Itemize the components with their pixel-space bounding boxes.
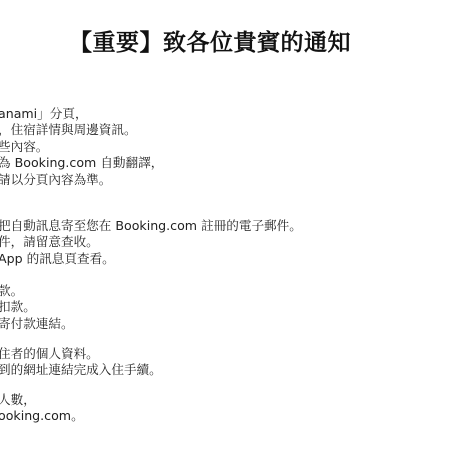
text-line: 款。 — [0, 283, 74, 299]
text-line: 為 Booking.com 自動翻譯， — [0, 155, 163, 171]
text-line: 請以分頁內容為準。 — [0, 172, 163, 188]
page-title: 【重要】致各位貴賓的通知 — [0, 24, 420, 57]
text-line: anami」分頁， — [0, 106, 163, 122]
text-line: 件，請留意查收。 — [0, 234, 302, 250]
text-line: 些內容。 — [0, 139, 163, 155]
text-line: 寄付款連結。 — [0, 316, 74, 332]
paragraph-guest-count: 人數， ooking.com。 — [0, 392, 84, 425]
paragraph-messages: 把自動訊息寄至您在 Booking.com 註冊的電子郵件。 件，請留意查收。 … — [0, 218, 302, 267]
text-line: ，住宿詳情與周邊資訊。 — [0, 122, 163, 138]
text-line: 住者的個人資料。 — [0, 346, 162, 362]
paragraph-checkin: 住者的個人資料。 到的網址連結完成入住手續。 — [0, 346, 162, 379]
text-line: 扣款。 — [0, 299, 74, 315]
paragraph-payment: 款。 扣款。 寄付款連結。 — [0, 283, 74, 332]
text-line: 把自動訊息寄至您在 Booking.com 註冊的電子郵件。 — [0, 218, 302, 234]
paragraph-page-info: anami」分頁， ，住宿詳情與周邊資訊。 些內容。 為 Booking.com… — [0, 106, 163, 188]
text-line: ooking.com。 — [0, 408, 84, 424]
text-line: App 的訊息頁查看。 — [0, 251, 302, 267]
text-line: 到的網址連結完成入住手續。 — [0, 362, 162, 378]
text-line: 人數， — [0, 392, 84, 408]
